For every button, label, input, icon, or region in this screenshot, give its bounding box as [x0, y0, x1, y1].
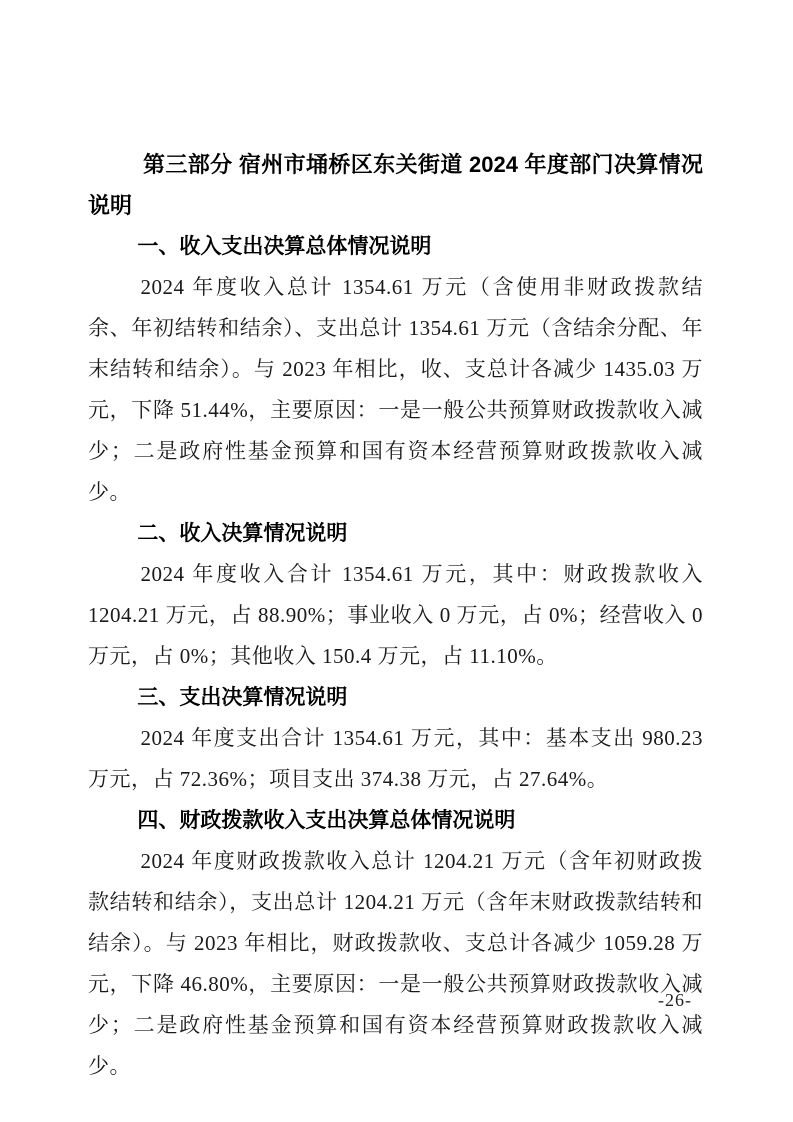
section-fiscal-appropriation-overview: 四、财政拨款收入支出决算总体情况说明 2024 年度财政拨款收入总计 1204.… — [88, 800, 703, 1087]
section-income-details: 二、收入决算情况说明 2024 年度收入合计 1354.61 万元，其中：财政拨… — [88, 513, 703, 677]
section-2-heading: 二、收入决算情况说明 — [88, 513, 703, 554]
section-2-paragraph: 2024 年度收入合计 1354.61 万元，其中：财政拨款收入 1204.21… — [88, 554, 703, 677]
page-number: -26- — [658, 990, 692, 1011]
section-4-heading: 四、财政拨款收入支出决算总体情况说明 — [88, 800, 703, 841]
section-1-paragraph: 2024 年度收入总计 1354.61 万元（含使用非财政拨款结余、年初结转和结… — [88, 267, 703, 513]
section-4-paragraph: 2024 年度财政拨款收入总计 1204.21 万元（含年初财政拨款结转和结余）… — [88, 841, 703, 1087]
section-3-heading: 三、支出决算情况说明 — [88, 677, 703, 718]
document-page: 第三部分 宿州市埇桥区东关街道 2024 年度部门决算情况说明 一、收入支出决算… — [0, 0, 793, 1122]
section-3-paragraph: 2024 年度支出合计 1354.61 万元，其中：基本支出 980.23 万元… — [88, 718, 703, 800]
section-expenditure-details: 三、支出决算情况说明 2024 年度支出合计 1354.61 万元，其中：基本支… — [88, 677, 703, 800]
section-1-heading: 一、收入支出决算总体情况说明 — [88, 226, 703, 267]
section-income-expenditure-overview: 一、收入支出决算总体情况说明 2024 年度收入总计 1354.61 万元（含使… — [88, 226, 703, 513]
document-title: 第三部分 宿州市埇桥区东关街道 2024 年度部门决算情况说明 — [88, 144, 703, 226]
